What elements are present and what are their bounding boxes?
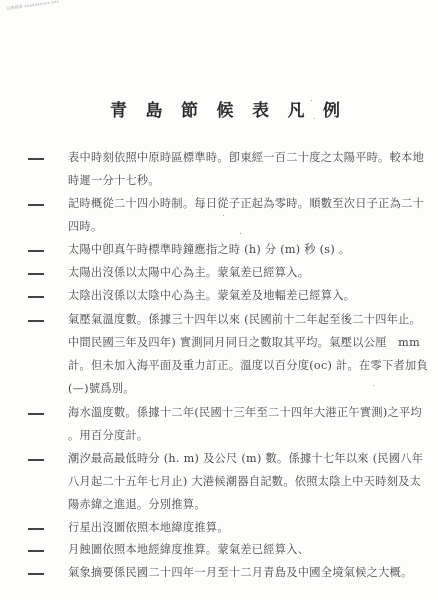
item-line: 陽赤緯之進退。分別推算。 [68,498,206,512]
bullet-dash-icon [28,573,44,575]
scan-speck [223,215,224,216]
item-line: 行星出沒圖依照本地緯度推算。 [68,521,229,535]
bullet-dash-icon [28,320,44,322]
bullet-dash-icon [28,296,44,298]
title-char: 例 [323,96,340,121]
bullet-dash-icon [28,413,44,415]
item-line: 表中時刻依照中原時區標準時。卽東經一百二十度之太陽平時。較本地 [68,151,424,165]
item-line: 氣壓氣溫度數。係據三十四年以來 (民國前十二年起至後二十四年止。 [68,313,421,327]
item-line: 。用百分度計。 [68,429,148,443]
scan-speck [240,233,241,234]
bullet-dash-icon [28,459,44,461]
title-char: 凡 [288,96,305,121]
item-line: 太陰出沒係以太陰中心為主。蒙氣差及地輻差已經算入。 [68,289,355,303]
scan-speck [336,453,337,454]
item-line: 海水溫度數。係據十二年(民國十三年至二十四年大港正午實測)之平均 [68,406,422,420]
item-line: 月蝕圖依照本地經緯度推算。蒙氣差已經算入、 [68,543,309,557]
item-line: 中間民國三年及四年) 實測同月同日之數取其平均。氣壓以公厘 mm [68,336,420,350]
watermark: 民國檔案 xxxxxxxxxx.xxx [6,0,59,12]
item-line: (—)號爲別。 [68,382,135,396]
title-char: 島 [146,96,163,121]
scan-speck [311,100,312,101]
bullet-dash-icon [28,250,44,252]
title-char: 青 [110,96,127,121]
item-line: 記時概從二十四小時制。每日從子正起為零時。順數至次日子正為二十 [68,197,424,211]
bullet-dash-icon [28,550,44,552]
bullet-dash-icon [28,158,44,160]
bullet-dash-icon [28,204,44,206]
item-line: 八月起二十五年七月止) 大港候潮器自記數。依照太陰上中天時刻及太 [68,475,421,489]
item-line: 太陽中卽真午時標準時鐘應指之時 (h) 分 (m) 秒 (s) 。 [68,243,350,257]
item-line: 太陽出沒係以太陽中心為主。蒙氣差已經算入。 [68,266,309,280]
scan-speck [314,118,315,119]
page-title: 青 島 節 候 表 凡 例 [110,96,340,121]
item-line: 潮汐最高最低時分 (h. m) 及公尺 (m) 數。係據十七年以來 (民國八年 [68,452,423,466]
bullet-dash-icon [28,273,44,275]
item-line: 氣象摘要係民國二十四年一月至十二月青島及中國全境氣候之大概。 [68,566,413,580]
title-char: 表 [252,96,269,121]
bullet-dash-icon [28,528,44,530]
item-line: 時遲一分十七秒。 [68,174,160,188]
item-line: 四時。 [68,220,102,234]
item-line: 計。但未加入海平面及重力訂正。溫度以百分度(oc) 計。在零下者加負 [68,359,428,373]
scan-speck [373,385,374,386]
title-char: 節 [181,96,198,121]
title-char: 候 [217,96,234,121]
